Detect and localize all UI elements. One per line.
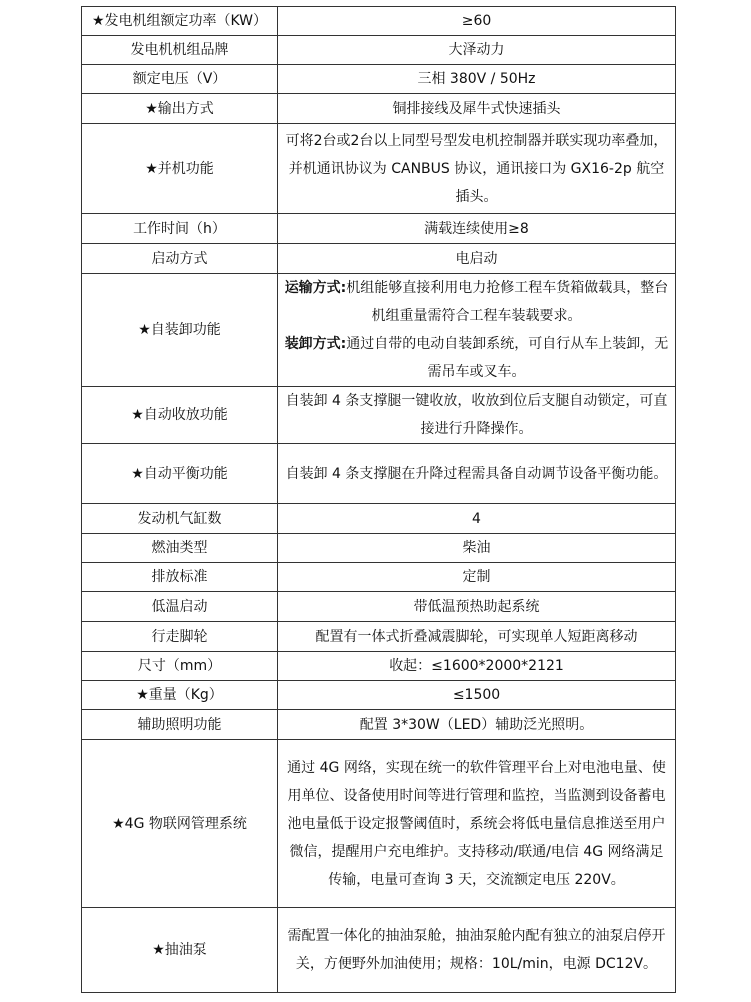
spec-value: 配置 3*30W（LED）辅助泛光照明。 bbox=[278, 710, 676, 740]
spec-key: 发电机机组品牌 bbox=[82, 36, 278, 65]
spec-key: 燃油类型 bbox=[82, 534, 278, 563]
table-row: 发动机气缸数 4 bbox=[82, 504, 676, 534]
table-row: ★输出方式 铜排接线及犀牛式快速插头 bbox=[82, 94, 676, 124]
spec-key: 启动方式 bbox=[82, 244, 278, 274]
spec-key: ★自动收放功能 bbox=[82, 387, 278, 444]
table-row: 排放标准 定制 bbox=[82, 563, 676, 592]
table-row: ★自装卸功能 运输方式:机组能够直接利用电力抢修工程车货箱做载具，整台机组重量需… bbox=[82, 274, 676, 387]
transport-text: 机组能够直接利用电力抢修工程车货箱做载具，整台机组重量需符合工程车装载要求。 bbox=[346, 280, 668, 324]
spec-value-paragraph: 运输方式:机组能够直接利用电力抢修工程车货箱做载具，整台机组重量需符合工程车装载… bbox=[284, 274, 669, 330]
table-row: 行走脚轮 配置有一体式折叠减震脚轮，可实现单人短距离移动 bbox=[82, 622, 676, 652]
spec-key: ★抽油泵 bbox=[82, 908, 278, 993]
table-row: 燃油类型 柴油 bbox=[82, 534, 676, 563]
spec-value: 需配置一体化的抽油泵舱，抽油泵舱内配有独立的油泵启停开关，方便野外加油使用；规格… bbox=[278, 908, 676, 993]
spec-table-body: ★发电机组额定功率（KW） ≥60 发电机机组品牌 大泽动力 额定电压（V） 三… bbox=[82, 7, 676, 993]
spec-value: 大泽动力 bbox=[278, 36, 676, 65]
spec-value: 定制 bbox=[278, 563, 676, 592]
spec-table: ★发电机组额定功率（KW） ≥60 发电机机组品牌 大泽动力 额定电压（V） 三… bbox=[81, 6, 676, 993]
loading-text: 通过自带的电动自装卸系统，可自行从车上装卸，无需吊车或叉车。 bbox=[346, 336, 668, 380]
table-row: 额定电压（V） 三相 380V / 50Hz bbox=[82, 65, 676, 94]
spec-key: 行走脚轮 bbox=[82, 622, 278, 652]
spec-value: 铜排接线及犀牛式快速插头 bbox=[278, 94, 676, 124]
spec-key: 尺寸（mm） bbox=[82, 652, 278, 681]
table-row: ★重量（Kg） ≤1500 bbox=[82, 681, 676, 710]
table-row: 发电机机组品牌 大泽动力 bbox=[82, 36, 676, 65]
spec-key: ★自装卸功能 bbox=[82, 274, 278, 387]
table-row: ★发电机组额定功率（KW） ≥60 bbox=[82, 7, 676, 36]
spec-key: ★自动平衡功能 bbox=[82, 444, 278, 504]
table-row: ★并机功能 可将2台或2台以上同型号型发电机控制器并联实现功率叠加，并机通讯协议… bbox=[82, 124, 676, 214]
spec-value: ≥60 bbox=[278, 7, 676, 36]
table-row: ★4G 物联网管理系统 通过 4G 网络，实现在统一的软件管理平台上对电池电量、… bbox=[82, 740, 676, 908]
spec-value: 收起：≤1600*2000*2121 bbox=[278, 652, 676, 681]
spec-value: 4 bbox=[278, 504, 676, 534]
spec-value: ≤1500 bbox=[278, 681, 676, 710]
table-row: ★抽油泵 需配置一体化的抽油泵舱，抽油泵舱内配有独立的油泵启停开关，方便野外加油… bbox=[82, 908, 676, 993]
loading-lead: 装卸方式: bbox=[285, 336, 347, 352]
table-row: 低温启动 带低温预热助起系统 bbox=[82, 592, 676, 622]
table-row: 启动方式 电启动 bbox=[82, 244, 676, 274]
spec-key: ★并机功能 bbox=[82, 124, 278, 214]
spec-key: ★重量（Kg） bbox=[82, 681, 278, 710]
spec-value: 配置有一体式折叠减震脚轮，可实现单人短距离移动 bbox=[278, 622, 676, 652]
table-row: 工作时间（h） 满载连续使用≥8 bbox=[82, 214, 676, 244]
spec-value: 柴油 bbox=[278, 534, 676, 563]
spec-value: 三相 380V / 50Hz bbox=[278, 65, 676, 94]
spec-value: 运输方式:机组能够直接利用电力抢修工程车货箱做载具，整台机组重量需符合工程车装载… bbox=[278, 274, 676, 387]
spec-key: ★发电机组额定功率（KW） bbox=[82, 7, 278, 36]
spec-value: 自装卸 4 条支撑腿在升降过程需具备自动调节设备平衡功能。 bbox=[278, 444, 676, 504]
transport-lead: 运输方式: bbox=[285, 280, 347, 296]
spec-key: ★4G 物联网管理系统 bbox=[82, 740, 278, 908]
spec-value-paragraph: 装卸方式:通过自带的电动自装卸系统，可自行从车上装卸，无需吊车或叉车。 bbox=[284, 330, 669, 386]
spec-key: 发动机气缸数 bbox=[82, 504, 278, 534]
table-row: ★自动收放功能 自装卸 4 条支撑腿一键收放，收放到位后支腿自动锁定，可直接进行… bbox=[82, 387, 676, 444]
table-row: 辅助照明功能 配置 3*30W（LED）辅助泛光照明。 bbox=[82, 710, 676, 740]
table-row: ★自动平衡功能 自装卸 4 条支撑腿在升降过程需具备自动调节设备平衡功能。 bbox=[82, 444, 676, 504]
spec-key: 额定电压（V） bbox=[82, 65, 278, 94]
spec-value: 可将2台或2台以上同型号型发电机控制器并联实现功率叠加，并机通讯协议为 CANB… bbox=[278, 124, 676, 214]
spec-value: 带低温预热助起系统 bbox=[278, 592, 676, 622]
spec-value: 通过 4G 网络，实现在统一的软件管理平台上对电池电量、使用单位、设备使用时间等… bbox=[278, 740, 676, 908]
spec-key: 辅助照明功能 bbox=[82, 710, 278, 740]
table-row: 尺寸（mm） 收起：≤1600*2000*2121 bbox=[82, 652, 676, 681]
spec-value: 自装卸 4 条支撑腿一键收放，收放到位后支腿自动锁定，可直接进行升降操作。 bbox=[278, 387, 676, 444]
spec-value: 满载连续使用≥8 bbox=[278, 214, 676, 244]
spec-value: 电启动 bbox=[278, 244, 676, 274]
spec-key: 低温启动 bbox=[82, 592, 278, 622]
spec-key: 工作时间（h） bbox=[82, 214, 278, 244]
spec-key: ★输出方式 bbox=[82, 94, 278, 124]
spec-key: 排放标准 bbox=[82, 563, 278, 592]
